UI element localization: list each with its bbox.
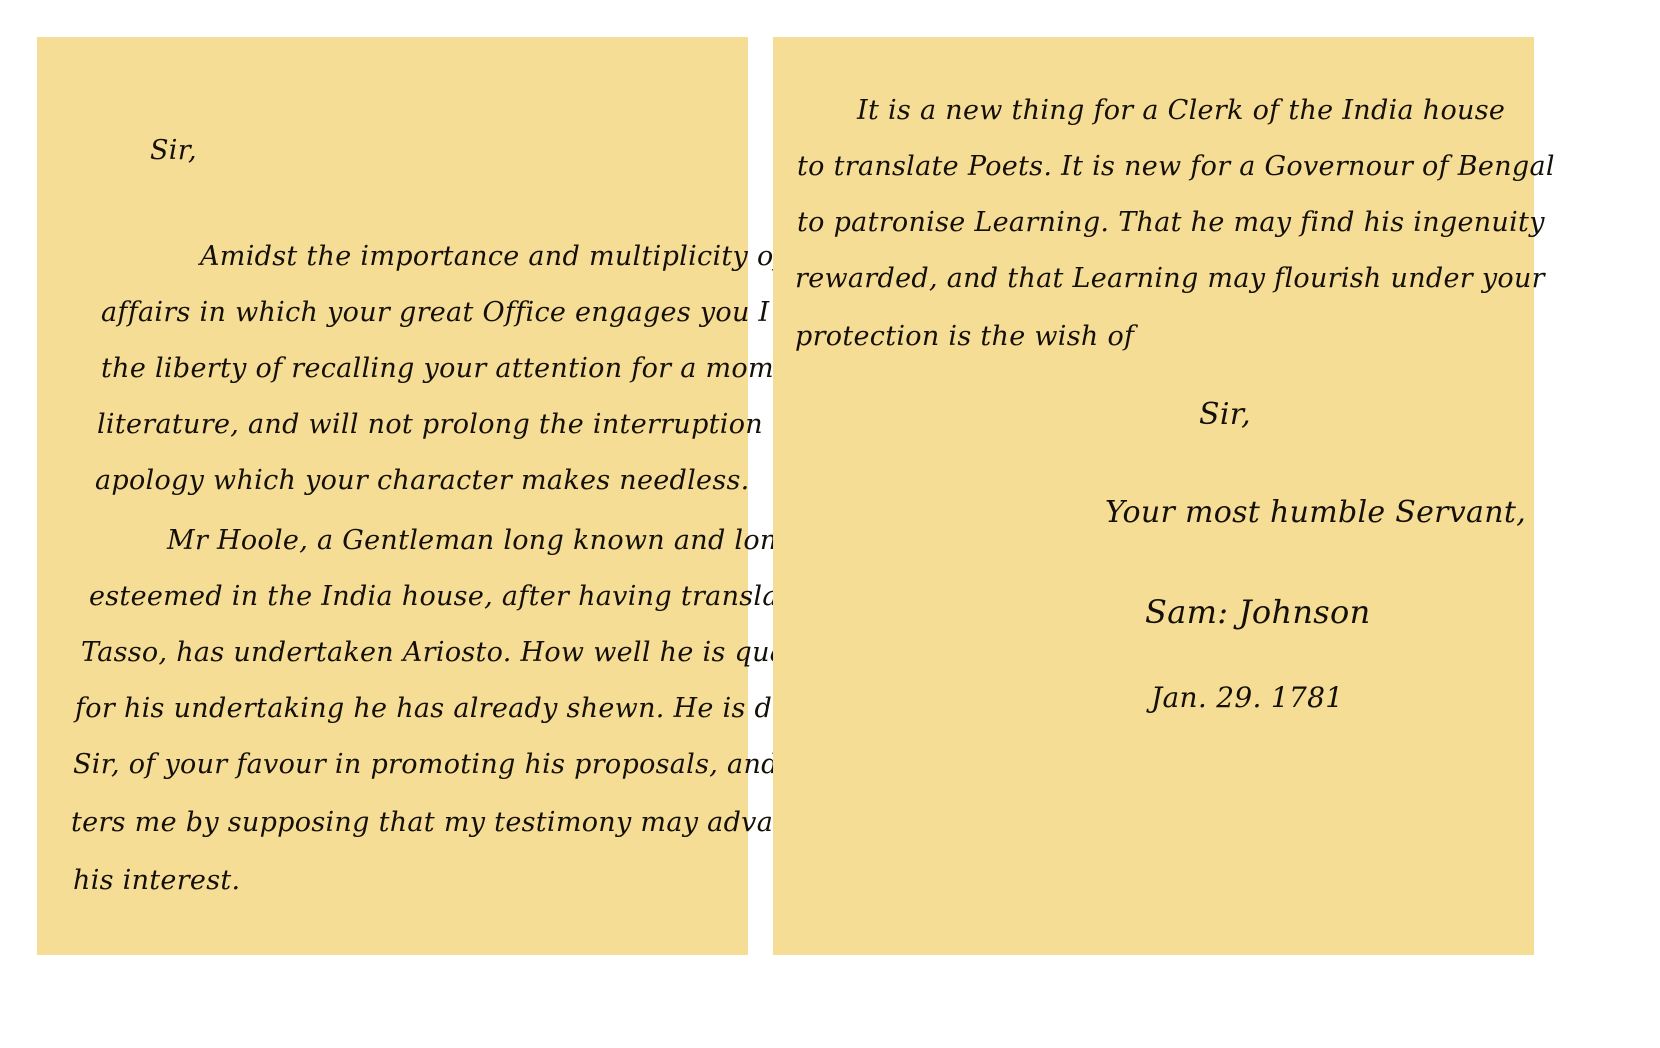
letter-line: affairs in which your great Office engag… — [101, 297, 839, 328]
letter-line: rewarded, and that Learning may flourish… — [795, 263, 1545, 294]
letter-line: to patronise Learning. That he may find … — [797, 207, 1545, 238]
letter-line: It is a new thing for a Clerk of the Ind… — [857, 95, 1505, 126]
letter-date: Jan. 29. 1781 — [1151, 681, 1343, 714]
valediction: Your most humble Servant, — [1105, 495, 1526, 530]
letter-line: Tasso, has undertaken Ariosto. How well … — [81, 637, 857, 668]
letter-page-right: It is a new thing for a Clerk of the Ind… — [773, 37, 1534, 955]
letter-line: Amidst the importance and multiplicity o… — [200, 241, 784, 272]
letter-page-left: Sir, Amidst the importance and multiplic… — [37, 37, 748, 955]
letter-line: literature, and will not prolong the int… — [97, 409, 848, 440]
letter-line: the liberty of recalling your attention … — [101, 353, 856, 384]
letter-line: to translate Poets. It is new for a Gove… — [797, 151, 1555, 182]
signature: Sam: Johnson — [1145, 593, 1371, 631]
letter-line: ters me by supposing that my testimony m… — [71, 807, 823, 838]
salutation: Sir, — [150, 135, 197, 166]
letter-line: apology which your character makes needl… — [95, 465, 750, 496]
letter-line: Mr Hoole, a Gentleman long known and lon… — [167, 525, 795, 556]
letter-line: Sir, of your favour in promoting his pro… — [73, 749, 844, 780]
closing-salutation: Sir, — [1199, 397, 1251, 432]
letter-line: for his undertaking he has already shewn… — [75, 693, 873, 724]
letter-line: protection is the wish of — [795, 321, 1134, 352]
letter-line: esteemed in the India house, after havin… — [89, 581, 824, 612]
letter-line: his interest. — [73, 865, 240, 896]
